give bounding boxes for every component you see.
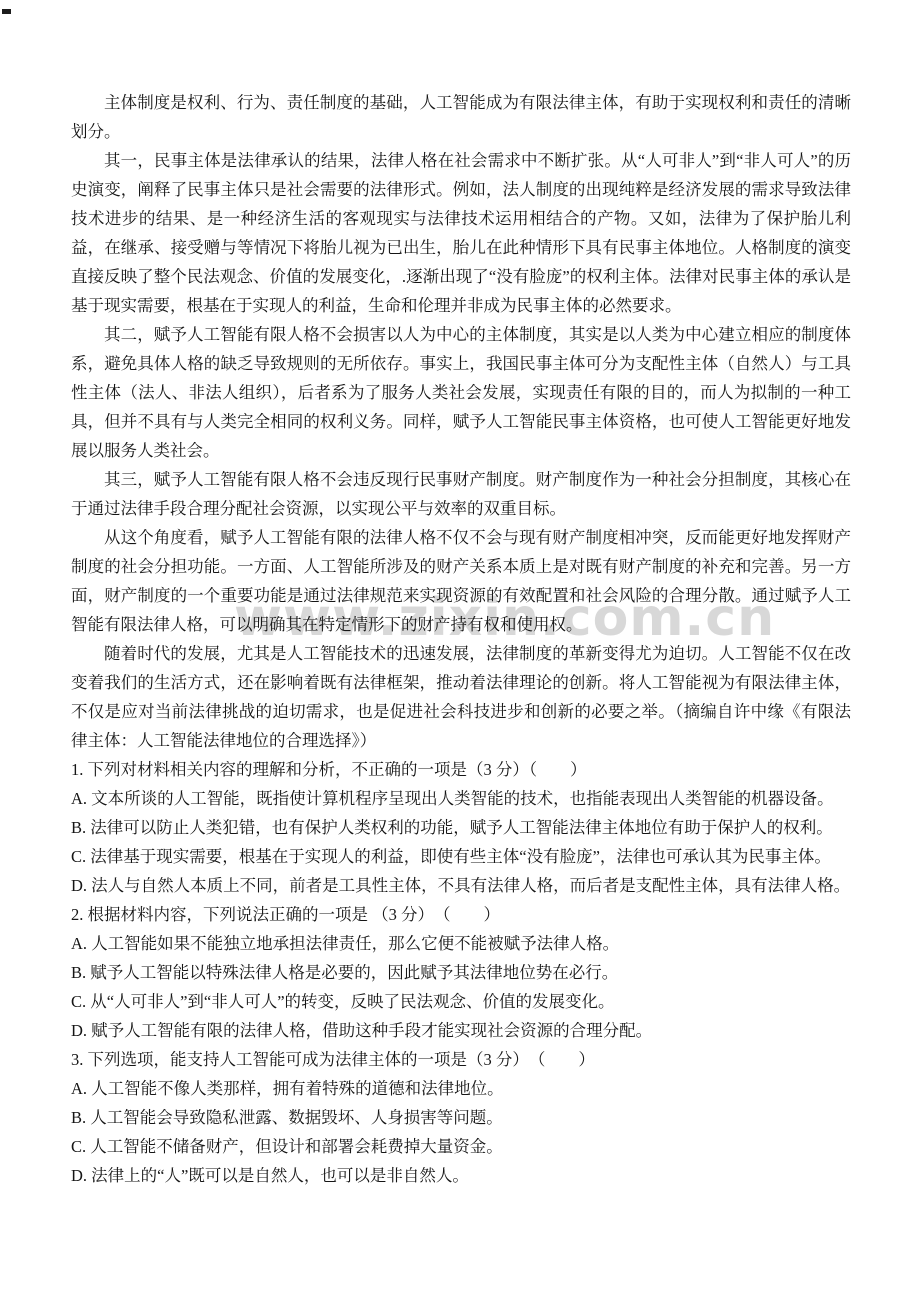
question-3-option-a: A. 人工智能不像人类那样，拥有着特殊的道德和法律地位。 xyxy=(71,1074,851,1103)
question-2-option-c: C. 从“人可非人”到“非人可人”的转变，反映了民法观念、价值的发展变化。 xyxy=(71,987,851,1016)
question-1-option-c: C. 法律基于现实需要，根基在于实现人的利益，即使有些主体“没有脸庞”，法律也可… xyxy=(71,842,851,871)
question-2-option-b: B. 赋予人工智能以特殊法律人格是必要的，因此赋予其法律地位势在必行。 xyxy=(71,958,851,987)
question-1-option-b: B. 法律可以防止人类犯错，也有保护人类权利的功能，赋予人工智能法律主体地位有助… xyxy=(71,813,851,842)
passage-paragraph: 主体制度是权利、行为、责任制度的基础，人工智能成为有限法律主体，有助于实现权利和… xyxy=(71,88,851,146)
question-2-option-a: A. 人工智能如果不能独立地承担法律责任，那么它便不能被赋予法律人格。 xyxy=(71,929,851,958)
passage-paragraph: 从这个角度看，赋予人工智能有限的法律人格不仅不会与现有财产制度相冲突，反而能更好… xyxy=(71,523,851,639)
question-3-option-d: D. 法律上的“人”既可以是自然人，也可以是非自然人。 xyxy=(71,1161,851,1190)
question-1-option-d: D. 法人与自然人本质上不同，前者是工具性主体，不具有法律人格，而后者是支配性主… xyxy=(71,871,851,900)
passage-paragraph: 其一，民事主体是法律承认的结果，法律人格在社会需求中不断扩张。从“人可非人”到“… xyxy=(71,146,851,320)
question-2-option-d: D. 赋予人工智能有限的法律人格，借助这种手段才能实现社会资源的合理分配。 xyxy=(71,1016,851,1045)
question-3-option-b: B. 人工智能会导致隐私泄露、数据毁坏、人身损害等问题。 xyxy=(71,1103,851,1132)
document-page: www.zixin.com.cn 主体制度是权利、行为、责任制度的基础，人工智能… xyxy=(0,0,920,1301)
question-2-stem: 2. 根据材料内容，下列说法正确的一项是 （3 分） （ ） xyxy=(71,900,851,929)
question-1-option-a: A. 文本所谈的人工智能，既指使计算机程序呈现出人类智能的技术，也指能表现出人类… xyxy=(71,784,851,813)
passage-paragraph: 其二，赋予人工智能有限人格不会损害以人为中心的主体制度，其实是以人类为中心建立相… xyxy=(71,320,851,465)
passage-paragraph: 随着时代的发展，尤其是人工智能技术的迅速发展，法律制度的革新变得尤为迫切。人工智… xyxy=(71,639,851,755)
questions-section: 1. 下列对材料相关内容的理解和分析，不正确的一项是（3 分）（ ）A. 文本所… xyxy=(71,755,851,1190)
question-3-option-c: C. 人工智能不储备财产，但设计和部署会耗费掉大量资金。 xyxy=(71,1132,851,1161)
corner-dash-mark xyxy=(2,9,11,14)
document-content: 主体制度是权利、行为、责任制度的基础，人工智能成为有限法律主体，有助于实现权利和… xyxy=(71,88,851,1190)
passage-paragraph: 其三，赋予人工智能有限人格不会违反现行民事财产制度。财产制度作为一种社会分担制度… xyxy=(71,465,851,523)
question-1-stem: 1. 下列对材料相关内容的理解和分析，不正确的一项是（3 分）（ ） xyxy=(71,755,851,784)
question-3-stem: 3. 下列选项，能支持人工智能可成为法律主体的一项是（3 分） （ ） xyxy=(71,1045,851,1074)
reading-passage: 主体制度是权利、行为、责任制度的基础，人工智能成为有限法律主体，有助于实现权利和… xyxy=(71,88,851,755)
